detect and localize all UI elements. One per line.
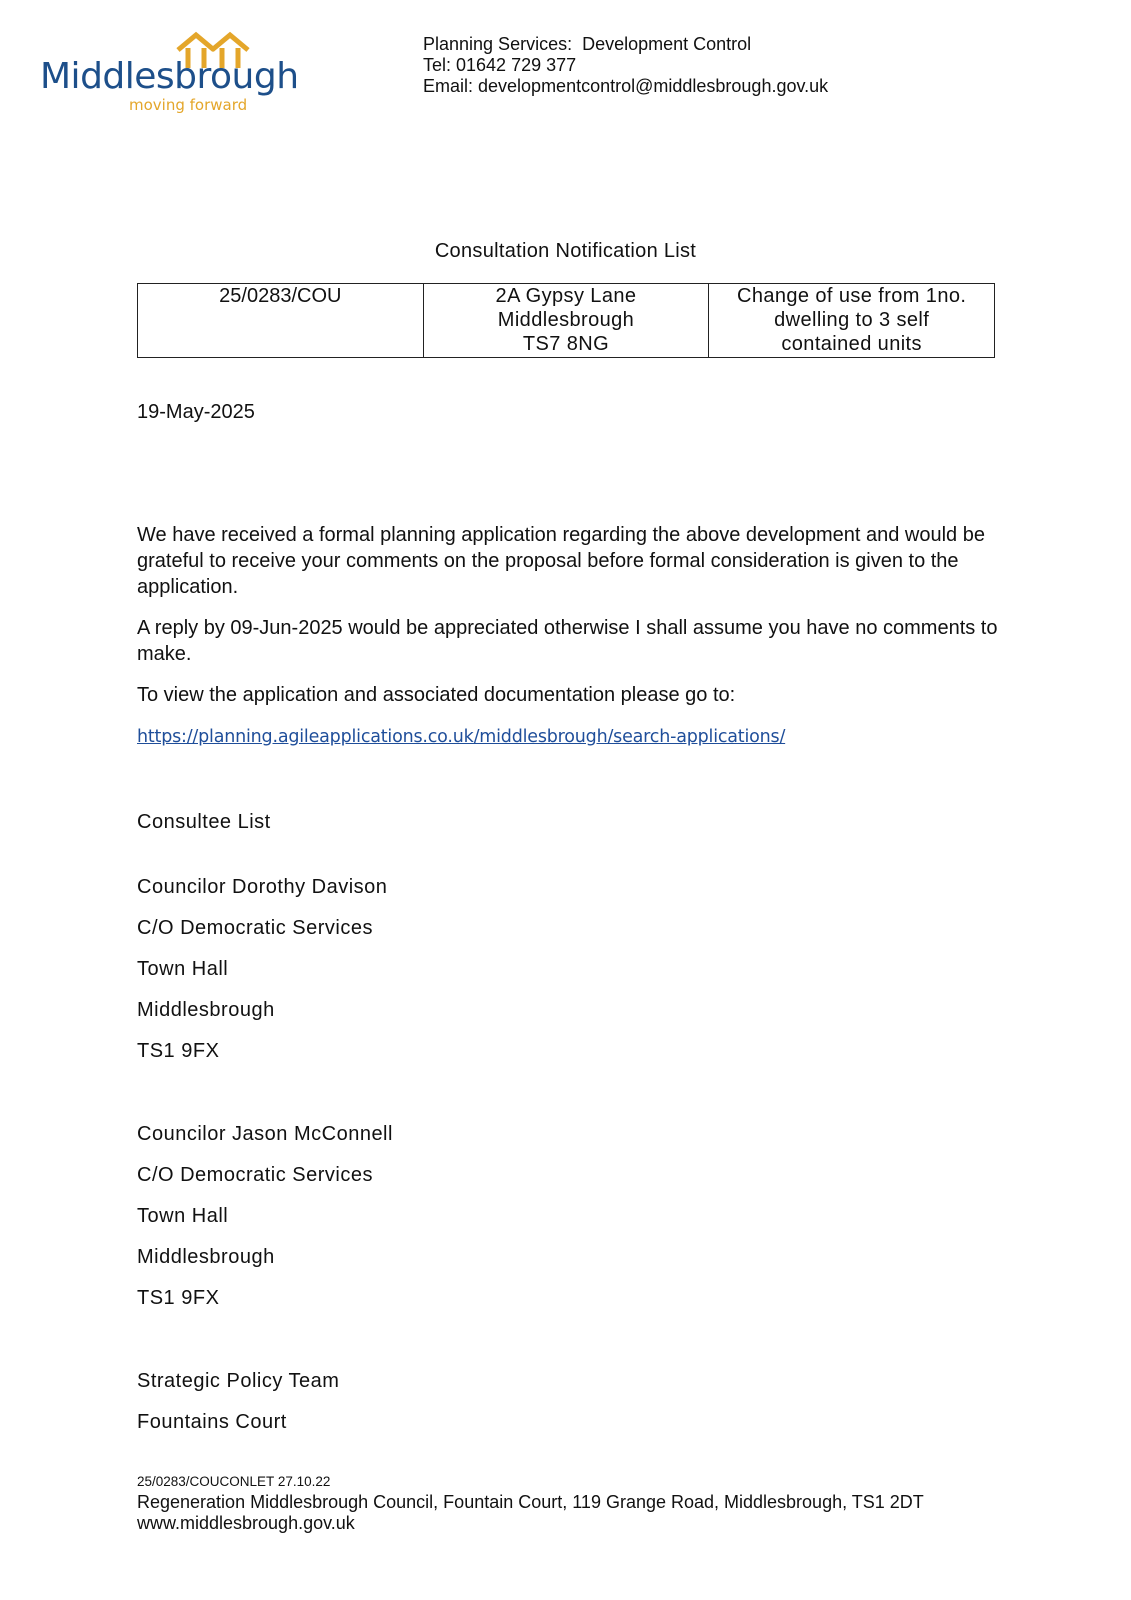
email: Email: developmentcontrol@middlesbrough.… xyxy=(423,76,828,97)
proposal-description: Change of use from 1no. dwelling to 3 se… xyxy=(709,284,995,358)
paragraph-request: We have received a formal planning appli… xyxy=(137,522,1007,600)
department: Planning Services: Development Control xyxy=(423,34,828,55)
logo-wordmark: Middlesbrough xyxy=(40,56,299,97)
footer-address-block: Regeneration Middlesbrough Council, Foun… xyxy=(137,1492,924,1534)
consultee-address-line: Town Hall xyxy=(137,1203,393,1244)
page-title: Consultation Notification List xyxy=(0,240,1131,263)
logo-tagline: moving forward xyxy=(129,96,247,114)
table-row: 25/0283/COU 2A Gypsy Lane Middlesbrough … xyxy=(138,284,995,358)
consultee-entry: Councilor Jason McConnell C/O Democratic… xyxy=(137,1121,393,1326)
consultee-postcode: TS1 9FX xyxy=(137,1038,387,1079)
consultee-address-line: Middlesbrough xyxy=(137,1244,393,1285)
letter-body: We have received a formal planning appli… xyxy=(137,522,1007,750)
footer-website: www.middlesbrough.gov.uk xyxy=(137,1513,924,1534)
consultee-address-line: Town Hall xyxy=(137,956,387,997)
planning-search-link[interactable]: https://planning.agileapplications.co.uk… xyxy=(137,727,785,747)
council-logo: Middlesbrough moving forward xyxy=(40,30,300,120)
footer-reference: 25/0283/COUCONLET 27.10.22 xyxy=(137,1474,330,1489)
application-table: 25/0283/COU 2A Gypsy Lane Middlesbrough … xyxy=(137,283,995,358)
site-address: 2A Gypsy Lane Middlesbrough TS7 8NG xyxy=(423,284,709,358)
consultee-address-line: Middlesbrough xyxy=(137,997,387,1038)
footer-address: Regeneration Middlesbrough Council, Foun… xyxy=(137,1492,924,1513)
telephone: Tel: 01642 729 377 xyxy=(423,55,828,76)
consultee-name: Councilor Jason McConnell xyxy=(137,1121,393,1162)
consultee-name: Strategic Policy Team xyxy=(137,1368,339,1409)
consultee-entry: Councilor Dorothy Davison C/O Democratic… xyxy=(137,874,387,1079)
letter-date: 19-May-2025 xyxy=(137,401,255,424)
consultee-name: Councilor Dorothy Davison xyxy=(137,874,387,915)
consultee-postcode: TS1 9FX xyxy=(137,1285,393,1326)
contact-block: Planning Services: Development Control T… xyxy=(423,34,828,97)
consultee-address-line: Fountains Court xyxy=(137,1409,339,1450)
paragraph-deadline: A reply by 09-Jun-2025 would be apprecia… xyxy=(137,615,1007,667)
application-reference: 25/0283/COU xyxy=(138,284,424,358)
consultee-address-line: C/O Democratic Services xyxy=(137,1162,393,1203)
consultee-entry: Strategic Policy Team Fountains Court xyxy=(137,1368,339,1450)
consultee-list-heading: Consultee List xyxy=(137,811,271,834)
paragraph-view: To view the application and associated d… xyxy=(137,682,1007,708)
consultee-address-line: C/O Democratic Services xyxy=(137,915,387,956)
